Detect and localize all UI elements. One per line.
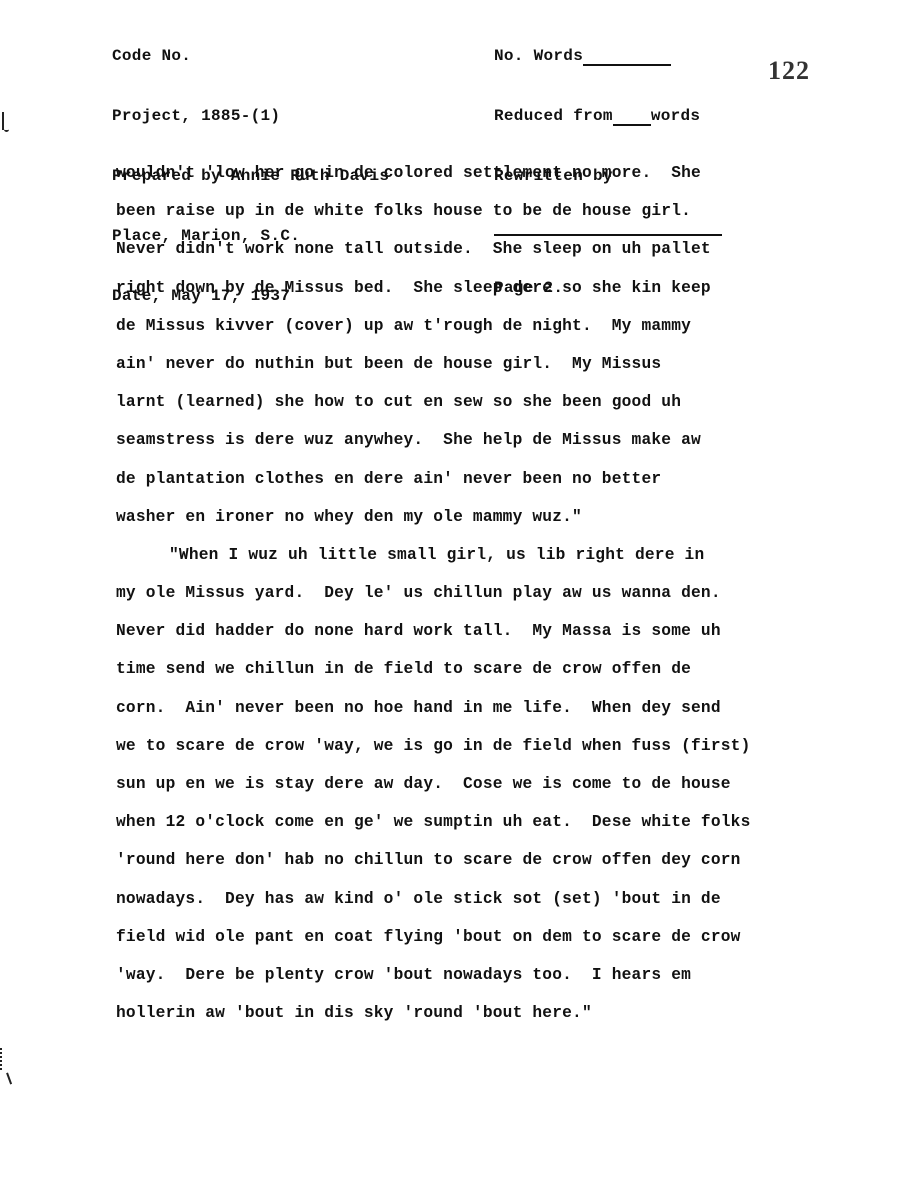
text-line: been raise up in de white folks house to… xyxy=(116,192,836,230)
text-line: nowadays. Dey has aw kind o' ole stick s… xyxy=(116,880,836,918)
text-line: right down by de Missus bed. She sleep d… xyxy=(116,269,836,307)
reduced-from-label: Reduced from xyxy=(494,107,613,125)
text-line: seamstress is dere wuz anywhey. She help… xyxy=(116,421,836,459)
text-line: when 12 o'clock come en ge' we sumptin u… xyxy=(116,803,836,841)
text-line: ain' never do nuthin but been de house g… xyxy=(116,345,836,383)
project-label: Project, 1885-(1) xyxy=(112,106,389,126)
margin-hole-mark xyxy=(6,1072,15,1085)
document-page: Code No. Project, 1885-(1) Prepared by A… xyxy=(0,0,900,1189)
text-line: my ole Missus yard. Dey le' us chillun p… xyxy=(116,574,836,612)
code-number-label: Code No. xyxy=(112,46,389,66)
page-stamp-number: 122 xyxy=(768,56,810,86)
text-line: 'way. Dere be plenty crow 'bout nowadays… xyxy=(116,956,836,994)
text-line: Never did hadder do none hard work tall.… xyxy=(116,612,836,650)
text-line: we to scare de crow 'way, we is go in de… xyxy=(116,727,836,765)
text-line: de Missus kivver (cover) up aw t'rough d… xyxy=(116,307,836,345)
text-line: de plantation clothes en dere ain' never… xyxy=(116,460,836,498)
text-line: hollerin aw 'bout in dis sky 'round 'bou… xyxy=(116,994,836,1032)
transcript-body: wouldn't 'low her go in de colored settl… xyxy=(116,154,836,1032)
text-line: 'round here don' hab no chillun to scare… xyxy=(116,841,836,879)
text-line: Never didn't work none tall outside. She… xyxy=(116,230,836,268)
reduced-words-label: words xyxy=(651,107,701,125)
no-words-blank xyxy=(583,50,671,66)
text-line: larnt (learned) she how to cut en sew so… xyxy=(116,383,836,421)
no-words-label: No. Words xyxy=(494,47,583,65)
reduced-from-row: Reduced fromwords xyxy=(494,106,722,126)
margin-hole-mark xyxy=(0,1048,4,1070)
word-count-row: No. Words xyxy=(494,46,722,66)
text-line: field wid ole pant en coat flying 'bout … xyxy=(116,918,836,956)
text-line: washer en ironer no whey den my ole mamm… xyxy=(116,498,836,536)
text-line: time send we chillun in de field to scar… xyxy=(116,650,836,688)
paragraph-start-line: "When I wuz uh little small girl, us lib… xyxy=(116,536,836,574)
text-line: sun up en we is stay dere aw day. Cose w… xyxy=(116,765,836,803)
margin-hole-mark xyxy=(2,112,7,130)
reduced-from-blank xyxy=(613,110,651,126)
text-line: corn. Ain' never been no hoe hand in me … xyxy=(116,689,836,727)
text-line: wouldn't 'low her go in de colored settl… xyxy=(116,154,836,192)
